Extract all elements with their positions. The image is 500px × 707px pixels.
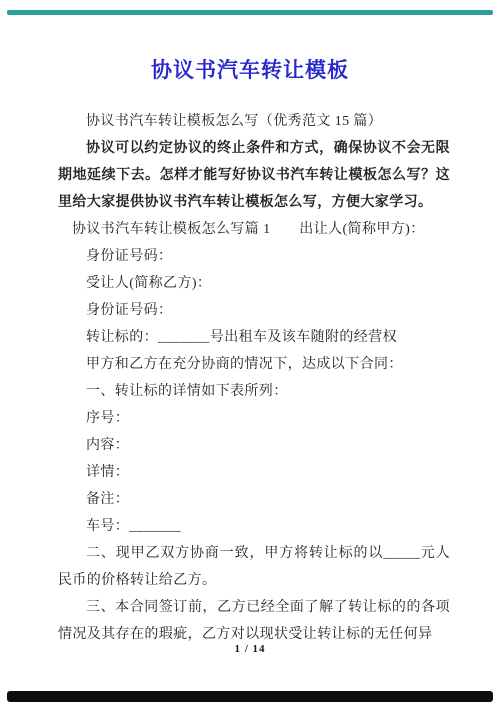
document-page: 协议书汽车转让模板 协议书汽车转让模板怎么写（优秀范文 15 篇）协议可以约定协… bbox=[0, 0, 500, 707]
paragraph: 一、转让标的详情如下表所列： bbox=[58, 378, 450, 405]
paragraph: 详情： bbox=[58, 459, 450, 486]
paragraph: 转让标的：_______号出租车及该车随附的经营权 bbox=[58, 324, 450, 351]
paragraph: 序号： bbox=[58, 405, 450, 432]
paragraph: 协议书汽车转让模板怎么写篇 1 出让人(简称甲方)： bbox=[58, 216, 450, 243]
paragraph: 内容： bbox=[58, 432, 450, 459]
document-body: 协议书汽车转让模板怎么写（优秀范文 15 篇）协议可以约定协议的终止条件和方式，… bbox=[0, 108, 500, 648]
paragraph: 协议可以约定协议的终止条件和方式，确保协议不会无限期地延续下去。怎样才能写好协议… bbox=[58, 135, 450, 216]
paragraph: 三、本合同签订前，乙方已经全面了解了转让标的的各项情况及其存在的瑕疵，乙方对以现… bbox=[58, 594, 450, 648]
bottom-bar bbox=[7, 691, 493, 702]
page-number: 1 / 14 bbox=[0, 643, 500, 655]
paragraph: 身份证号码： bbox=[58, 297, 450, 324]
paragraph: 备注： bbox=[58, 486, 450, 513]
paragraph: 身份证号码： bbox=[58, 243, 450, 270]
top-accent-bar bbox=[7, 10, 493, 15]
paragraph: 协议书汽车转让模板怎么写（优秀范文 15 篇） bbox=[58, 108, 450, 135]
paragraph: 受让人(简称乙方)： bbox=[58, 270, 450, 297]
paragraph: 车号：_______ bbox=[58, 513, 450, 540]
document-title: 协议书汽车转让模板 bbox=[0, 58, 500, 84]
paragraph: 甲方和乙方在充分协商的情况下，达成以下合同： bbox=[58, 351, 450, 378]
paragraph: 二、现甲乙双方协商一致，甲方将转让标的以_____元人民币的价格转让给乙方。 bbox=[58, 540, 450, 594]
